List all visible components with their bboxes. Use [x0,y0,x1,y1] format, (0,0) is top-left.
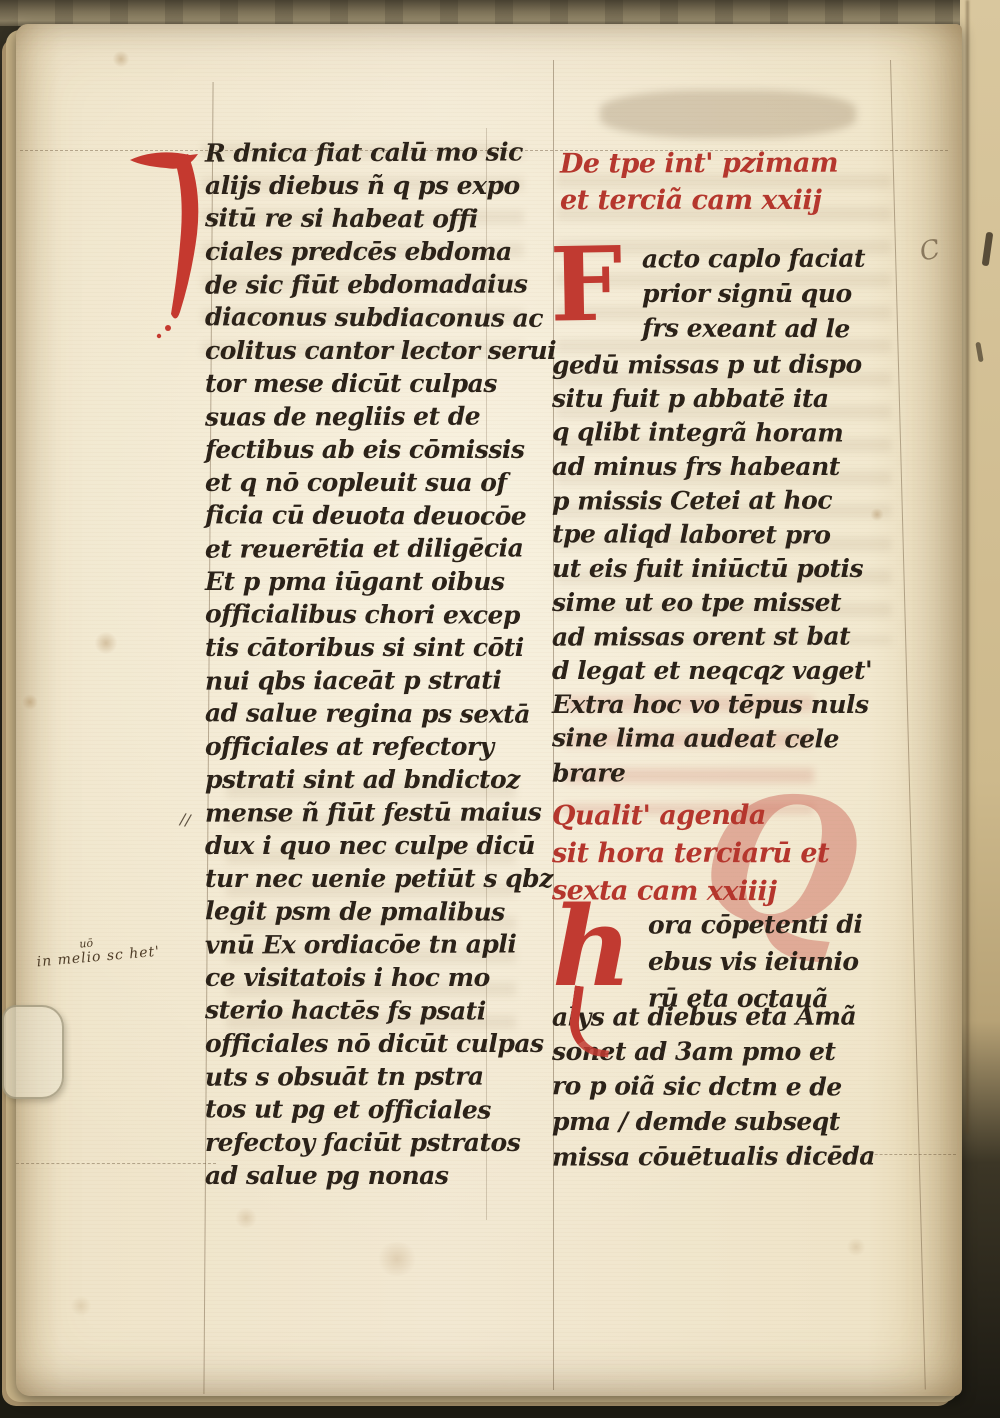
text-line: sitū re si habeat offi [205,203,535,237]
stain [600,90,856,138]
text-line: ficia cū deuota deuocōe [205,500,535,534]
text-line: legit psm de pmalibus [205,896,535,930]
text-line: Et p pma iūgant oibus [205,567,535,600]
text-line: R dnica fiat calū mo sic [205,137,535,171]
marginal-gloss: uō in melio sc het' [35,931,161,971]
text-line: tos ut pg et officiales [205,1094,535,1128]
text-line: vnū Ex ordiacōe tn apli [205,929,535,963]
text-line: sterio hactēs fs psati [205,995,535,1029]
text-line: suas de negliis et de [205,401,535,435]
text-line: ro p oiã sic dctm e de [552,1071,902,1108]
chapter-23-rubric-heading: De tpe int' pzimamet terciã cam xxiij [560,148,900,222]
text-line: et q nō copleuit sua of [205,468,535,501]
text-line: ebus vis ieiunio [648,947,904,984]
text-line: diaconus subdiaconus ac [205,302,535,336]
place-marker-tab [2,1005,64,1099]
text-line: Extra hoc vo tēpus nuls [552,690,902,724]
pen-mark-c: C [917,234,943,267]
initial-I-rubric [128,146,216,342]
foxing-spot [94,632,118,654]
foxing-spot [846,1238,866,1256]
text-line: ad salue regina ps sextā [205,698,535,732]
text-line: De tpe int' pzimam [560,147,900,185]
text-line: ce visitatois i hoc mo [205,963,535,996]
text-line: dux i quo nec culpe dicū [205,831,535,864]
manuscript-page: R dnica fiat calū mo sicalijs diebus ñ q… [16,24,962,1396]
margin-correction-mark: // [178,809,192,830]
text-line: officialibus chori excep [205,599,535,633]
text-line: missa cōuētualis dicēda [552,1141,902,1177]
text-line: tur nec uenie petiūt s qbz [205,864,535,897]
text-line: prior signū quo [642,279,902,314]
text-line: tpe aliqd laboret pro [552,519,902,555]
foxing-spot [112,51,130,67]
text-line: alijs diebus ñ q ps expo [205,171,535,204]
text-line: gedū missas p ut dispo [552,349,902,384]
fore-edge-page-stack [960,0,1000,1418]
chapter-23-text: gedū missas p ut dispositu fuit p abbatē… [552,350,902,792]
text-line: ut eis fuit iniūctū potis [552,554,902,588]
chapter-23-indented-lines: acto caplo faciatprior signū quofrs exea… [642,244,902,349]
text-line: mense ñ fiūt festū maius [205,797,535,831]
manuscript-photo: R dnica fiat calū mo sicalijs diebus ñ q… [0,0,1000,1418]
text-line: et terciã cam xxiij [560,185,900,222]
text-line: pma / demde subseqt [552,1107,902,1142]
foxing-spot [22,694,38,710]
foxing-spot [70,1296,92,1316]
text-line: refectoy faciūt pstratos [205,1128,535,1161]
text-line: ad minus frs habeant [552,452,902,486]
text-line: ciales predcēs ebdoma [205,237,535,270]
text-line: q qlibt integrã horam [552,417,902,453]
text-line: acto caplo faciat [642,244,902,280]
foxing-spot [234,1208,258,1228]
text-line: pstrati sint ad bndictoz [205,765,535,798]
text-line: Qualit' agenda [552,799,902,838]
text-line: fectibus ab eis cōmissis [205,435,535,468]
initial-F-rubric: F [549,233,623,336]
text-line: sime ut eo tpe misset [552,588,902,622]
text-line: de sic fiūt ebdomadaius [205,269,535,303]
text-line: uts s obsuāt tn pstra [205,1061,535,1095]
left-text-column: R dnica fiat calū mo sicalijs diebus ñ q… [205,138,535,1194]
text-line: ad salue pg nonas [205,1161,535,1194]
book-top-edge [0,0,1000,26]
foxing-spot [376,1242,418,1276]
text-line: situ fuit p abbatē ita [552,384,902,418]
text-line: sit hora terciarū et [552,838,902,876]
ruling-line-horizontal [16,1163,216,1164]
text-line: colitus cantor lector serui [205,336,535,369]
text-line: p missis Cetei at hoc [552,485,902,520]
text-line: ad missas orent st bat [552,621,902,656]
text-line: officiales at refectory [205,732,535,765]
text-line: officiales nō dicūt culpas [205,1029,535,1062]
initial-h-rubric: h [552,892,632,1002]
text-line: nui qbs iaceāt p strati [205,665,535,699]
text-line: d legat et neqcqz vaget' [552,656,902,690]
text-line: tor mese dicūt culpas [205,369,535,402]
text-line: et reuerētia et diligēcia [205,533,535,567]
text-line: tis cātoribus si sint cōti [205,633,535,666]
text-line: ora cōpetenti di [648,910,904,948]
text-line: frs exeant ad le [642,313,902,349]
